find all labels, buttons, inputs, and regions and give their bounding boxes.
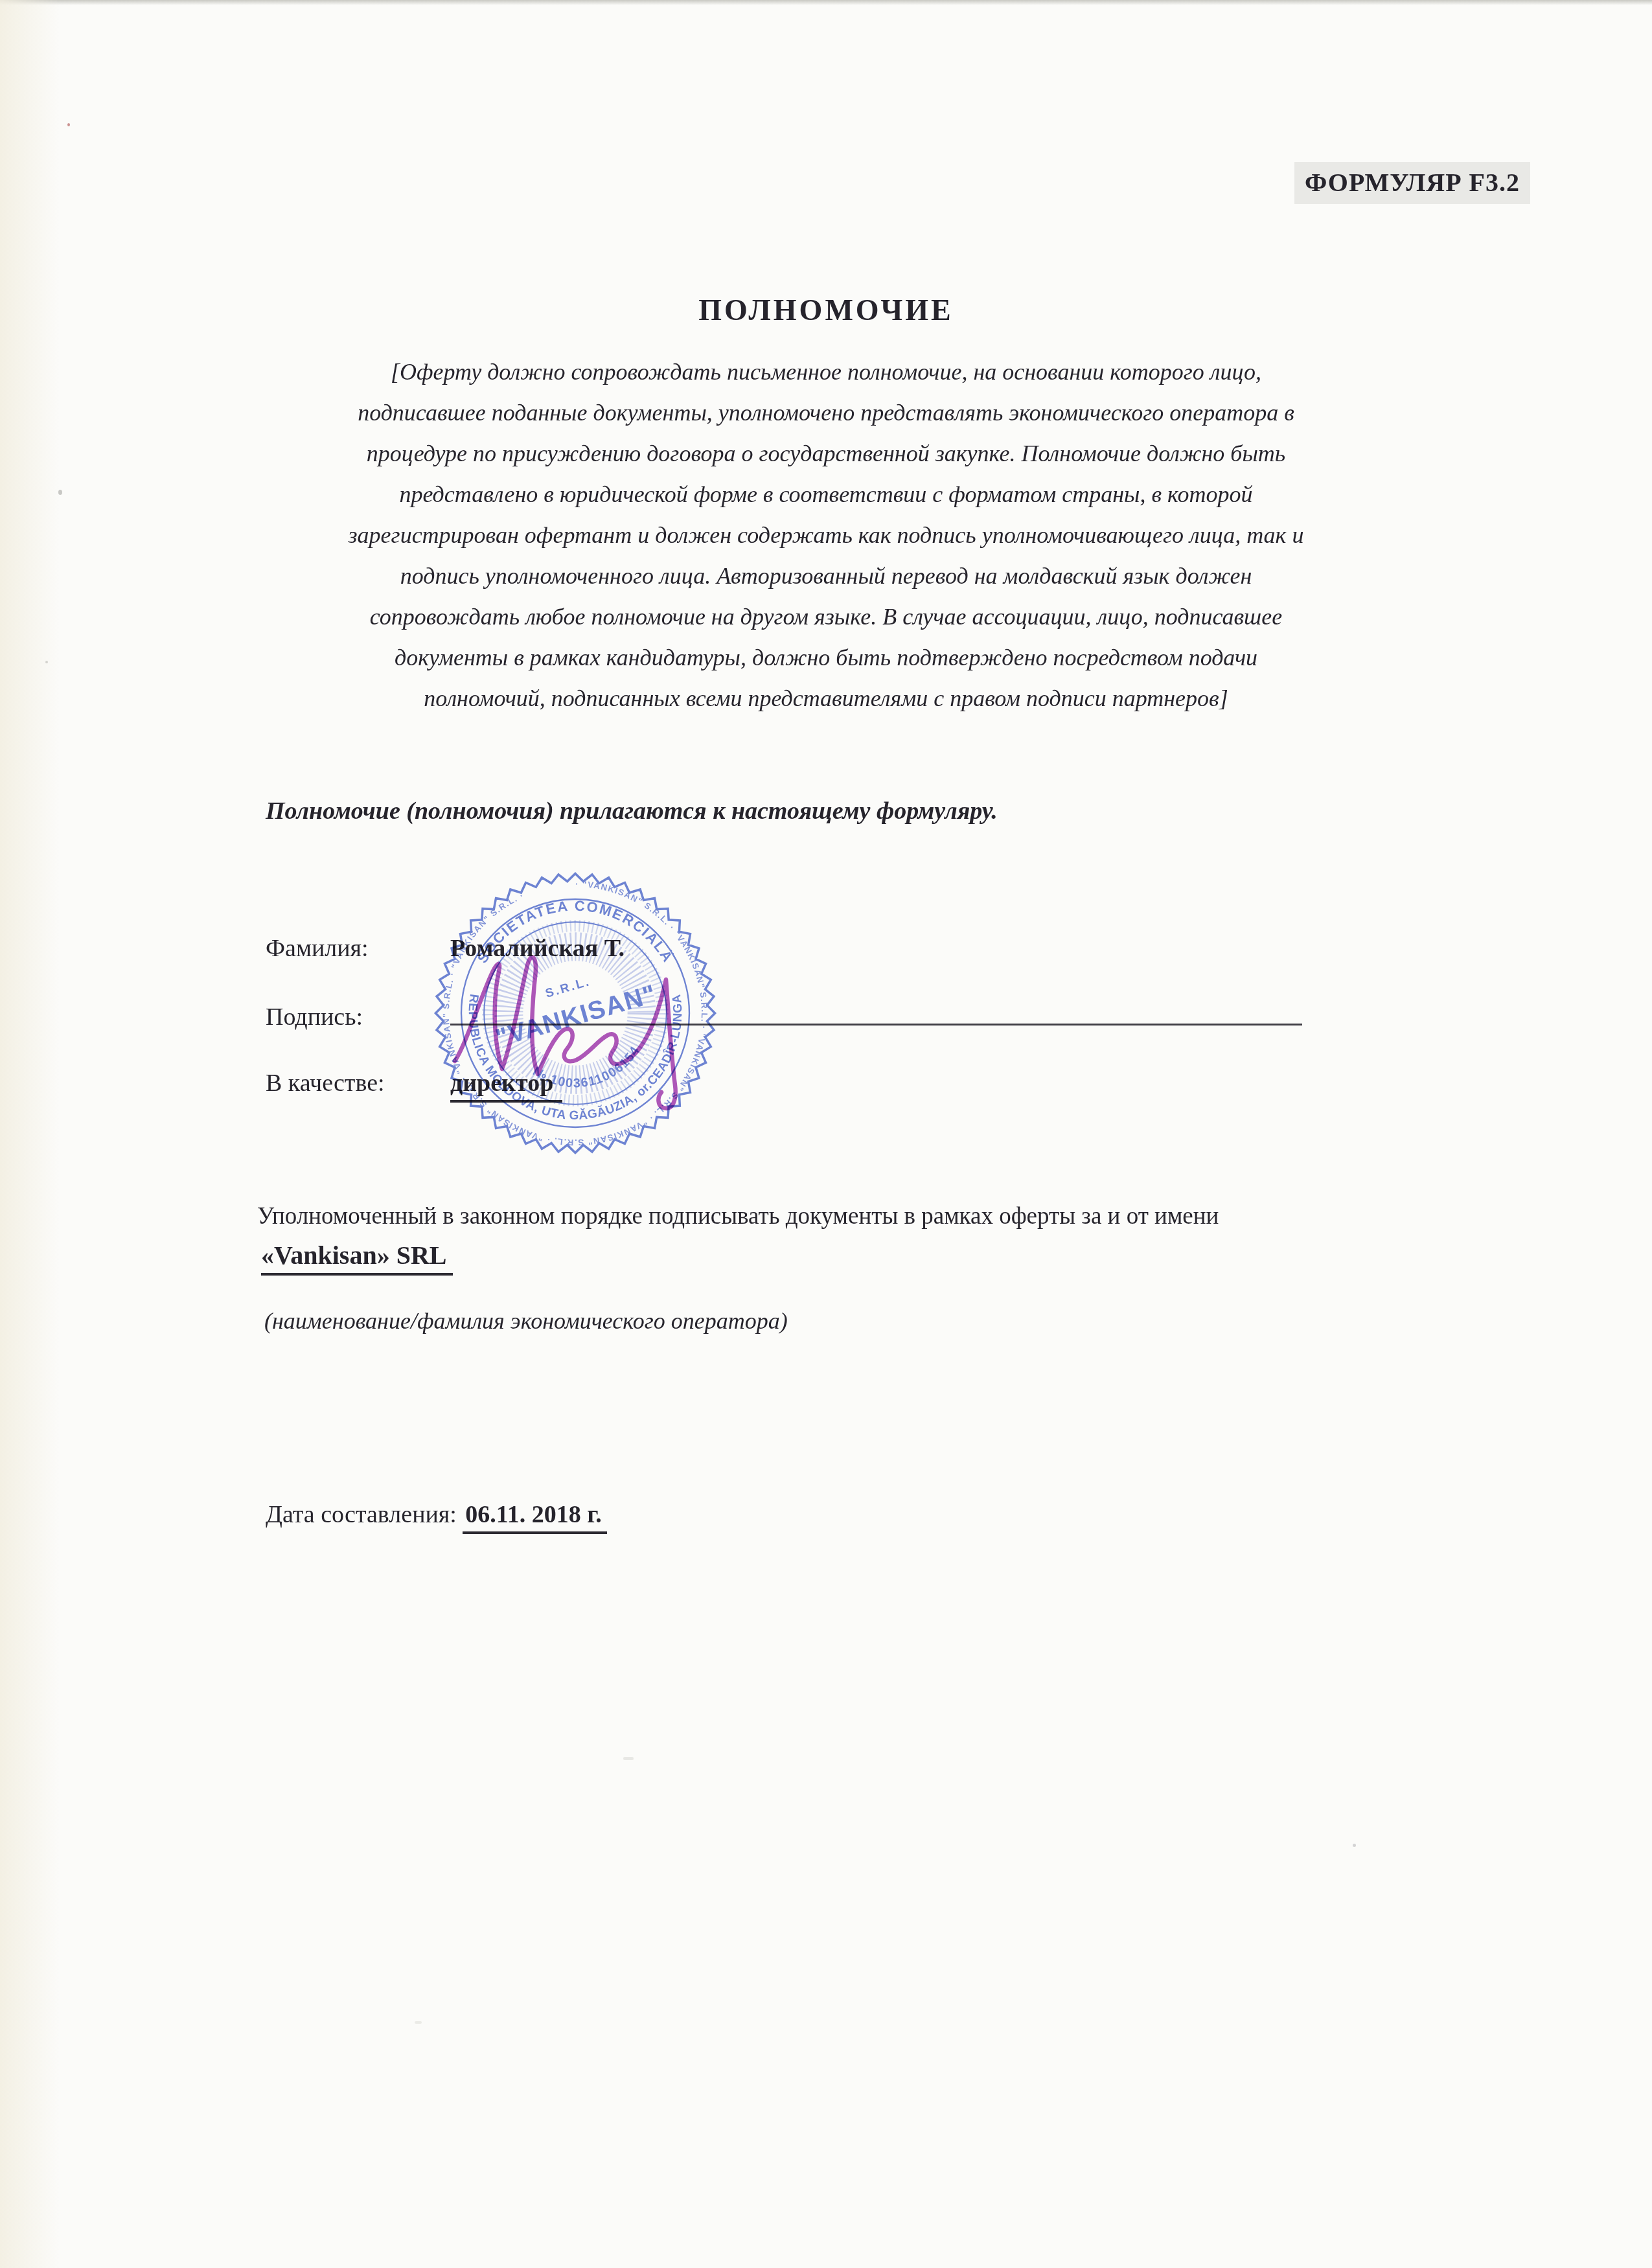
date-row: Дата составления: 06.11. 2018 г.: [266, 1500, 607, 1534]
scanned-page: ФОРМУЛЯР F3.2 ПОЛНОМОЧИЕ [Оферту должно …: [0, 0, 1652, 2268]
intro-line: документы в рамках кандидатуры, должно б…: [0, 637, 1652, 678]
company-name: «Vankisan» SRL: [261, 1240, 453, 1276]
form-code-label: ФОРМУЛЯР F3.2: [1294, 162, 1530, 204]
page-title: ПОЛНОМОЧИЕ: [0, 293, 1652, 327]
handwritten-signature: [447, 946, 700, 1121]
intro-line: [Оферту должно сопровождать письменное п…: [0, 352, 1652, 393]
capacity-label: В качестве:: [266, 1069, 450, 1097]
date-value: 06.11. 2018 г.: [463, 1500, 606, 1534]
scan-artifact-top-edge: [0, 0, 1652, 5]
authorization-text: Уполномоченный в законном порядке подпис…: [257, 1202, 1219, 1230]
scan-speck: [67, 123, 70, 126]
intro-line: полномочий, подписанных всеми представит…: [0, 678, 1652, 719]
intro-line: подписавшее поданные документы, уполномо…: [0, 393, 1652, 433]
operator-hint: (наименование/фамилия экономического опе…: [264, 1307, 788, 1334]
intro-paragraph: [Оферту должно сопровождать письменное п…: [0, 352, 1652, 719]
scan-speck: [623, 1757, 634, 1760]
date-label: Дата составления:: [266, 1501, 457, 1528]
attachment-note: Полномочие (полномочия) прилагаются к на…: [266, 797, 998, 825]
scan-artifact-left-edge: [0, 0, 60, 2268]
intro-line: зарегистрирован офертант и должен содерж…: [0, 515, 1652, 556]
signature-row: Подпись:: [266, 1003, 450, 1031]
signature-stroke: [455, 957, 676, 1108]
intro-line: процедуре по присуждению договора о госу…: [0, 433, 1652, 474]
intro-line: сопровождать любое полномочие на другом …: [0, 597, 1652, 637]
signature-label: Подпись:: [266, 1003, 450, 1031]
surname-label: Фамилия:: [266, 934, 450, 963]
scan-speck: [415, 2021, 422, 2024]
intro-line: представлено в юридической форме в соотв…: [0, 474, 1652, 515]
scan-speck: [1353, 1844, 1356, 1847]
intro-line: подпись уполномоченного лица. Авторизова…: [0, 556, 1652, 597]
